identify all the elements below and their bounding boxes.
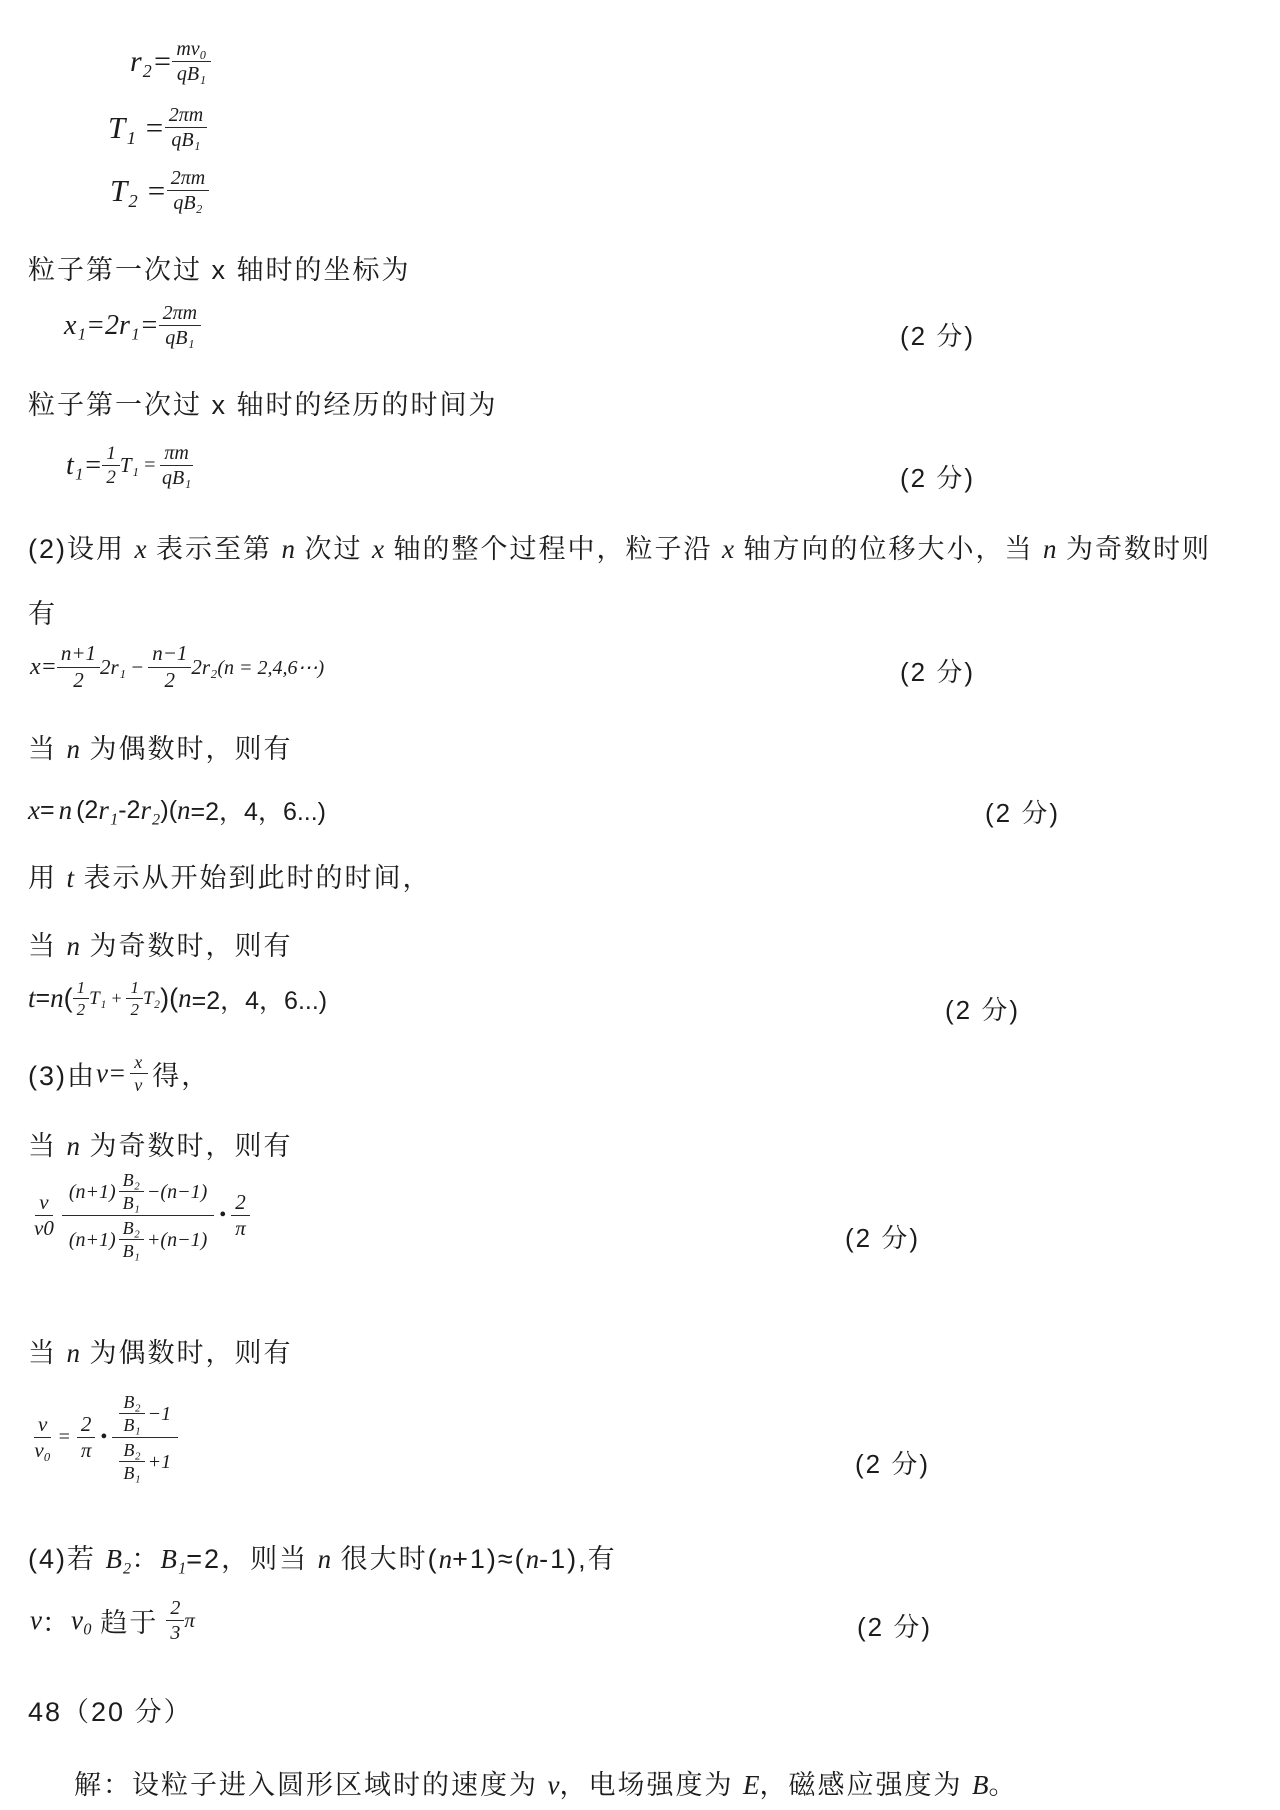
text-segment: 表示至第	[146, 534, 281, 564]
equals-sign: =	[57, 1426, 71, 1449]
fraction: 2πm qB₁	[159, 302, 201, 350]
fraction-denominator: qB₁	[171, 128, 200, 151]
fraction: B₂ B₁	[119, 1170, 144, 1213]
question-48-header: 48（20 分）	[28, 1690, 193, 1729]
fraction-numerator: 2πm	[159, 302, 201, 326]
score-badge: (2 分)	[857, 1607, 932, 1644]
variable-x: x	[372, 534, 384, 564]
paragraph-part2-setup: (2)设用 x 表示至第 n 次过 x 轴的整个过程中，粒子沿 x 轴方向的位移…	[28, 527, 1211, 566]
formula-lhs: T₁ =	[108, 110, 165, 146]
formula-v-ratio-limit: v ： v₀ 趋于 2 3 π	[30, 1597, 195, 1645]
text-segment: 次过	[295, 534, 372, 564]
variable-n: n	[439, 1544, 453, 1574]
big-fraction-denominator: B₂ B₁ +1	[112, 1438, 178, 1485]
paragraph-use-t: 用 t 表示从开始到此时的时间，	[28, 856, 432, 895]
formula-ratio-even: v v₀ = 2 π • B₂ B₁ −1 B₂ B₁ +1	[34, 1390, 178, 1486]
text-segment: (4)若	[28, 1544, 106, 1574]
variable-n: n	[1043, 534, 1057, 564]
big-fraction: B₂ B₁ −1 B₂ B₁ +1	[112, 1390, 178, 1486]
text-segment: 用	[28, 863, 67, 893]
fraction-numerator: v	[34, 1413, 51, 1439]
fraction-denominator: B₁	[123, 1462, 140, 1483]
fraction-numerator: 2	[166, 1597, 184, 1621]
fraction-denominator: 2	[130, 999, 139, 1019]
heading-first-cross-coordinate: 粒子第一次过 x 轴时的坐标为	[28, 248, 411, 287]
variable-v: v	[30, 1605, 42, 1636]
plus-sign: +	[110, 988, 122, 1009]
fraction-denominator: π	[81, 1438, 92, 1463]
fraction: B₂ B₁	[119, 1392, 144, 1435]
variable-t: t	[28, 983, 36, 1014]
text-segment: 当	[28, 1338, 67, 1368]
text-segment: 很大时(	[331, 1544, 439, 1574]
text-segment: ：	[131, 1544, 160, 1574]
formula-T1: T₁ = 2πm qB₁	[108, 104, 207, 152]
paren-group: )(	[160, 983, 178, 1014]
formula-condition: (n = 2,4,6⋯)	[217, 655, 324, 680]
fraction: n−1 2	[148, 642, 191, 692]
formula-lhs: x=	[30, 654, 57, 681]
variable-x: x	[722, 534, 734, 564]
fraction: 2 3	[166, 1597, 184, 1645]
fraction-denominator: 2	[106, 466, 116, 488]
fraction-denominator: qB₁	[162, 466, 191, 489]
minus-sign: −	[130, 655, 144, 680]
text-segment: 轴的整个过程中，粒子沿	[384, 534, 722, 564]
fraction-numerator: B₂	[119, 1170, 144, 1192]
equals-sign: =	[108, 1058, 126, 1089]
formula-T2: T₂ = 2πm qB₂	[110, 167, 209, 215]
formula-term: +(n−1)	[147, 1229, 207, 1251]
paragraph-when-even: 当 n 为偶数时，则有	[28, 1331, 293, 1370]
fraction-numerator: B₂	[119, 1218, 144, 1240]
text-segment: 。	[989, 1770, 1018, 1800]
text-segment: 解：设粒子进入圆形区域时的速度为	[74, 1770, 548, 1800]
paragraph-part4: (4)若 B₂：B₁=2，则当 n 很大时(n+1)≈(n-1),有	[28, 1537, 617, 1576]
variable-x: x	[28, 795, 40, 826]
fraction-denominator: qB₁	[165, 326, 194, 349]
fraction: n+1 2	[57, 642, 100, 692]
variable-B1: B₁	[160, 1544, 186, 1574]
variable-n: n	[67, 1338, 81, 1368]
big-fraction-denominator: (n+1) B₂ B₁ +(n−1)	[62, 1216, 214, 1263]
variable-x: x	[135, 534, 147, 564]
fraction-denominator: v₀	[34, 1438, 51, 1463]
formula-term: T₁	[120, 453, 139, 478]
fraction-numerator: 1	[73, 978, 90, 999]
text-segment: 为奇数时，则有	[80, 931, 293, 961]
fraction-denominator: qB₁	[177, 62, 206, 85]
fraction: B₂ B₁	[119, 1440, 144, 1483]
score-badge: (2 分)	[945, 990, 1020, 1027]
fraction-denominator: B₁	[123, 1414, 140, 1435]
big-fraction: (n+1) B₂ B₁ −(n−1) (n+1) B₂ B₁ +(n−1)	[62, 1168, 214, 1264]
score-badge: (2 分)	[845, 1218, 920, 1255]
text-segment: 当	[28, 734, 67, 764]
variable-n: n	[67, 734, 81, 764]
fraction: 2πm qB₂	[167, 167, 209, 215]
score-badge: (2 分)	[985, 793, 1060, 830]
formula-term: -2	[118, 796, 140, 825]
fraction: 1 2	[102, 443, 120, 489]
formula-lhs: t₁=	[66, 450, 102, 482]
variable-B2: B₂	[106, 1544, 132, 1574]
variable-B: B	[972, 1770, 989, 1800]
variable-n: n	[526, 1544, 540, 1574]
fraction: v v₀	[34, 1413, 51, 1463]
colon: ：	[42, 1601, 71, 1640]
formula-ratio-odd: v v0 (n+1) B₂ B₁ −(n−1) (n+1) B₂ B₁ +(n−…	[34, 1168, 250, 1264]
fraction: 2πm qB₁	[165, 104, 207, 152]
variable-n: n	[67, 931, 81, 961]
formula-term: −1	[148, 1403, 172, 1425]
formula-t1: t₁= 1 2 T₁ = πm qB₁	[66, 442, 193, 490]
text-segment: 当	[28, 931, 67, 961]
variable-v: v	[96, 1058, 108, 1089]
text-segment: 轴方向的位移大小，当	[734, 534, 1043, 564]
fraction-denominator: 2	[165, 668, 176, 693]
variable-T2: T₂	[143, 988, 160, 1010]
paragraph-when-even: 当 n 为偶数时，则有	[28, 727, 293, 766]
text-segment: 为偶数时，则有	[80, 734, 293, 764]
text-segment: +1)≈(	[452, 1544, 526, 1574]
text-segment: 为奇数时则	[1057, 534, 1212, 564]
formula-lhs: r₂=	[130, 45, 172, 79]
paragraph-when-odd: 当 n 为奇数时，则有	[28, 1124, 293, 1163]
fraction-numerator: 2πm	[167, 167, 209, 191]
variable-T1: T₁	[89, 988, 106, 1010]
score-badge: (2 分)	[855, 1444, 930, 1481]
text-segment: -1),有	[539, 1544, 617, 1574]
fraction-numerator: mv₀	[172, 38, 210, 62]
variable-n: n	[177, 795, 191, 826]
score-badge: (2 分)	[900, 652, 975, 689]
big-fraction-numerator: B₂ B₁ −1	[112, 1390, 178, 1438]
formula-term: (2	[76, 796, 98, 825]
fraction: πm qB₁	[160, 442, 192, 490]
formula-term: +1	[148, 1451, 172, 1473]
variable-n: n	[318, 1544, 332, 1574]
paragraph-you: 有	[28, 592, 57, 631]
equals-sign: =	[143, 454, 157, 477]
text-segment: 当	[28, 1131, 67, 1161]
fraction-numerator: 2	[77, 1413, 96, 1439]
text-segment: 表示从开始到此时的时间，	[74, 863, 432, 893]
paragraph-part3: (3)由 v = x v 得，	[28, 1052, 210, 1095]
variable-v0: v₀	[71, 1605, 92, 1636]
fraction: 2 π	[231, 1191, 250, 1241]
fraction-numerator: v	[35, 1191, 52, 1217]
fraction-numerator: 1	[126, 978, 143, 999]
text-segment: =2，则当	[186, 1544, 317, 1574]
variable-n: n	[50, 983, 64, 1014]
fraction-denominator: B₁	[123, 1192, 140, 1213]
fraction-numerator: n+1	[57, 642, 100, 668]
paragraph-solution-intro: 解：设粒子进入圆形区域时的速度为 v，电场强度为 E，磁感应强度为 B。	[74, 1763, 1018, 1802]
score-badge: (2 分)	[900, 458, 975, 495]
formula-term: )(	[160, 796, 177, 825]
heading-first-cross-time: 粒子第一次过 x 轴时的经历的时间为	[28, 383, 498, 422]
variable-r2: r₂	[140, 795, 160, 826]
fraction-denominator: 2	[73, 668, 84, 693]
fraction: 1 2	[73, 978, 90, 1019]
formula-x-odd: x= n+1 2 2r₁ − n−1 2 2r₂ (n = 2,4,6⋯)	[30, 642, 324, 692]
equals-sign: =	[40, 796, 55, 825]
fraction-numerator: 1	[102, 443, 120, 466]
formula-term: (n+1)	[69, 1181, 116, 1203]
variable-n: n	[59, 795, 73, 826]
formula-x1: x₁=2r₁= 2πm qB₁	[64, 302, 201, 350]
variable-n: n	[178, 983, 192, 1014]
formula-r2: r₂= mv₀ qB₁	[130, 38, 211, 86]
fraction-denominator: 3	[170, 1621, 180, 1644]
text-segment: 为偶数时，则有	[80, 1338, 293, 1368]
multiplication-dot: •	[100, 1426, 107, 1449]
fraction: B₂ B₁	[119, 1218, 144, 1261]
document-page: r₂= mv₀ qB₁ T₁ = 2πm qB₁ T₂ = 2πm qB₂ 粒子…	[0, 0, 1280, 1810]
fraction-numerator: 2πm	[165, 104, 207, 128]
text-segment: 为奇数时，则有	[80, 1131, 293, 1161]
variable-E: E	[743, 1770, 760, 1800]
formula-term: −(n−1)	[147, 1181, 207, 1203]
formula-term: 2r₂	[191, 655, 217, 680]
fraction-numerator: B₂	[119, 1392, 144, 1414]
fraction-numerator: x	[130, 1052, 148, 1074]
variable-n: n	[67, 1131, 81, 1161]
fraction-denominator: v	[134, 1074, 144, 1095]
formula-lhs: T₂ =	[110, 173, 167, 209]
fraction-denominator: v0	[34, 1216, 54, 1241]
variable-r1: r₁	[98, 795, 118, 826]
formula-lhs: x₁=2r₁=	[64, 310, 159, 342]
variable-v: v	[548, 1770, 560, 1800]
big-fraction-numerator: (n+1) B₂ B₁ −(n−1)	[62, 1168, 214, 1216]
text-segment: (2)设用	[28, 534, 135, 564]
fraction-numerator: n−1	[148, 642, 191, 668]
fraction-denominator: 2	[77, 999, 86, 1019]
fraction-numerator: 2	[231, 1191, 250, 1217]
fraction-denominator: qB₂	[173, 191, 202, 214]
fraction-numerator: B₂	[119, 1440, 144, 1462]
formula-term: 2r₁	[100, 655, 126, 680]
variable-pi: π	[184, 1608, 195, 1633]
formula-term: (n+1)	[69, 1229, 116, 1251]
fraction: x v	[130, 1052, 148, 1095]
text-segment: ，磁感应强度为	[760, 1770, 973, 1800]
equals-sign: =	[36, 984, 51, 1013]
fraction: mv₀ qB₁	[172, 38, 210, 86]
formula-t-n: t = n ( 1 2 T₁ + 1 2 T₂ )( n =2，4，6...)	[28, 978, 327, 1019]
variable-t: t	[67, 863, 75, 893]
text-tends-to: 趋于	[100, 1601, 158, 1640]
variable-n: n	[282, 534, 296, 564]
fraction: v v0	[34, 1191, 54, 1241]
formula-condition: =2，4，6...)	[192, 981, 327, 1017]
paragraph-when-odd: 当 n 为奇数时，则有	[28, 924, 293, 963]
multiplication-dot: •	[219, 1204, 226, 1227]
text-segment: ，电场强度为	[560, 1770, 744, 1800]
fraction: 1 2	[126, 978, 143, 1019]
formula-condition: =2，4，6...)	[191, 792, 326, 828]
fraction: 2 π	[77, 1413, 96, 1463]
fraction-numerator: πm	[160, 442, 192, 466]
paren-open: (	[64, 983, 73, 1014]
fraction-denominator: π	[235, 1216, 246, 1241]
fraction-denominator: B₁	[123, 1240, 140, 1261]
text-segment: (3)由	[28, 1054, 96, 1093]
formula-x-even: x = n (2 r₁ -2 r₂ )( n =2，4，6...)	[28, 792, 326, 828]
text-segment: 得，	[152, 1054, 210, 1093]
score-badge: (2 分)	[900, 316, 975, 353]
